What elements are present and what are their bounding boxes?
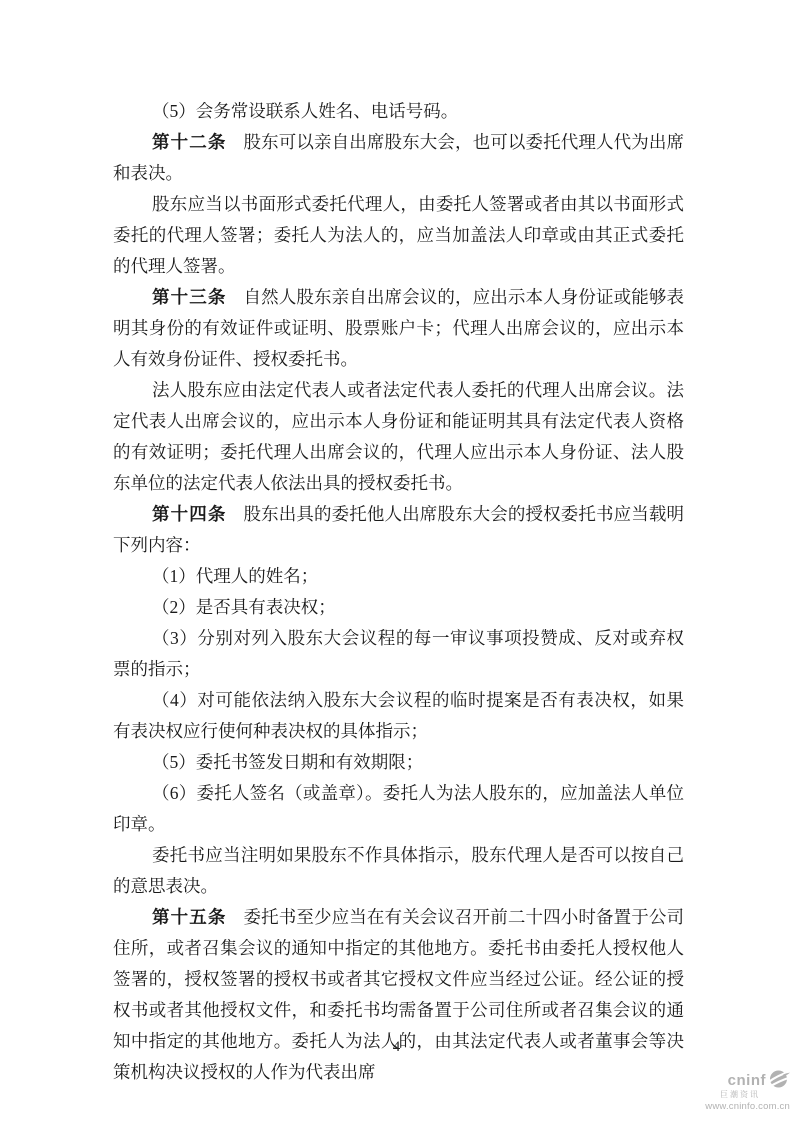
article-number: 第十五条: [152, 907, 227, 927]
logo-brand-text: cninf: [728, 1073, 766, 1088]
paragraph: （6）委托人签名（或盖章）。委托人为法人股东的，应加盖法人单位印章。: [113, 778, 684, 840]
paragraph: 第十三条自然人股东亲自出席会议的，应出示本人身份证或能够表明其身份的有效证件或证…: [113, 282, 684, 375]
logo-website: www.cninfo.com.cn: [670, 1102, 790, 1112]
cninfo-logo: cninf 巨潮资讯 www.cninfo.com.cn: [670, 1072, 790, 1112]
page-number: 4: [0, 1039, 793, 1056]
paragraph: （3）分别对列入股东大会议程的每一审议事项投赞成、反对或弃权票的指示；: [113, 623, 684, 685]
paragraph: （2）是否具有表决权；: [113, 592, 684, 623]
paragraph: 第十二条股东可以亲自出席股东大会，也可以委托代理人代为出席和表决。: [113, 127, 684, 189]
document-page: （5）会务常设联系人姓名、电话号码。第十二条股东可以亲自出席股东大会，也可以委托…: [0, 0, 793, 1122]
paragraph: 股东应当以书面形式委托代理人，由委托人签署或者由其以书面形式委托的代理人签署；委…: [113, 189, 684, 282]
paragraph: （5）会务常设联系人姓名、电话号码。: [113, 96, 684, 127]
article-number: 第十三条: [152, 287, 227, 307]
paragraph: （4）对可能依法纳入股东大会议程的临时提案是否有表决权，如果有表决权应行使何种表…: [113, 685, 684, 747]
cninfo-swirl-icon: [768, 1070, 790, 1092]
paragraph: 第十五条委托书至少应当在有关会议召开前二十四小时备置于公司住所，或者召集会议的通…: [113, 902, 684, 1088]
paragraph: 第十四条股东出具的委托他人出席股东大会的授权委托书应当载明下列内容：: [113, 499, 684, 561]
paragraph: 法人股东应由法定代表人或者法定代表人委托的代理人出席会议。法定代表人出席会议的，…: [113, 375, 684, 499]
logo-brand-row: cninf: [670, 1072, 790, 1089]
article-number: 第十四条: [152, 504, 227, 524]
paragraph: 委托书应当注明如果股东不作具体指示，股东代理人是否可以按自己的意思表决。: [113, 840, 684, 902]
logo-chinese-name: 巨潮资讯: [670, 1091, 790, 1099]
document-body: （5）会务常设联系人姓名、电话号码。第十二条股东可以亲自出席股东大会，也可以委托…: [113, 96, 684, 1088]
article-number: 第十二条: [152, 132, 227, 152]
paragraph: （1）代理人的姓名；: [113, 561, 684, 592]
paragraph: （5）委托书签发日期和有效期限；: [113, 747, 684, 778]
